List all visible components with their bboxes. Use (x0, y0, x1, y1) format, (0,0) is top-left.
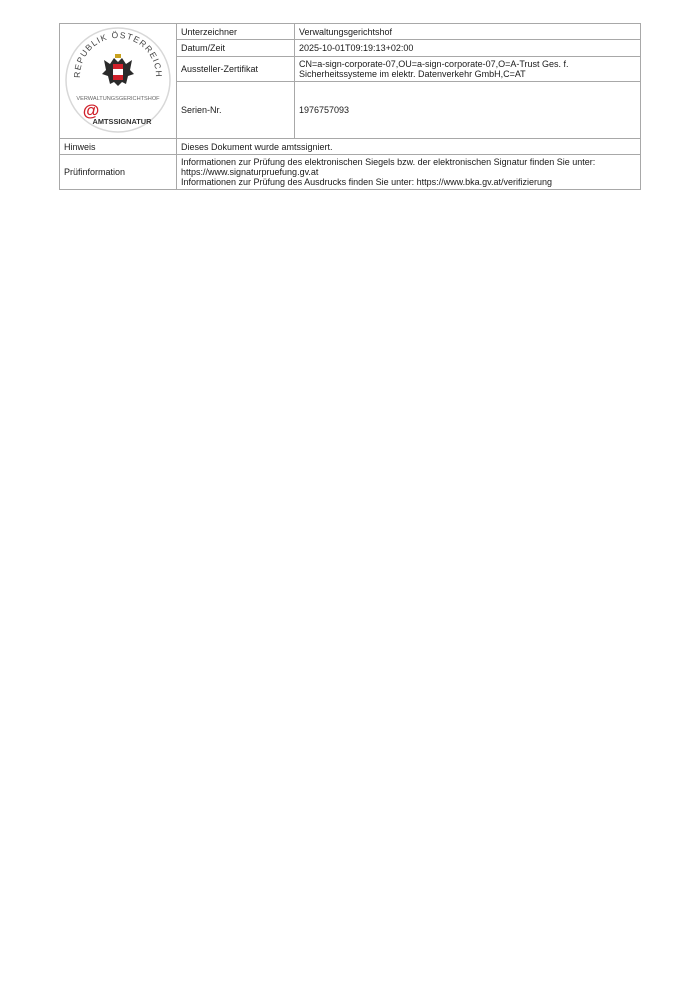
signaturpruefung-link[interactable]: https://www.signaturpruefung.gv.at (181, 167, 636, 177)
info-line: Informationen zur Prüfung des Ausdrucks … (181, 177, 636, 187)
label-datum-zeit: Datum/Zeit (177, 40, 295, 56)
value-hinweis: Dieses Dokument wurde amtssigniert. (177, 139, 641, 155)
label-aussteller-zertifikat: Aussteller-Zertifikat (177, 56, 295, 81)
cert-line: Sicherheitssysteme im elektr. Datenverke… (299, 69, 636, 79)
value-datum-zeit: 2025-10-01T09:19:13+02:00 (295, 40, 641, 56)
signature-block: REPUBLIK ÖSTERREICH VERWALTUNGSGERICHTSH… (59, 23, 641, 190)
value-unterzeichner: Verwaltungsgerichtshof (295, 24, 641, 40)
seal-label: AMTSSIGNATUR (93, 117, 153, 126)
label-unterzeichner: Unterzeichner (177, 24, 295, 40)
value-serien-nr: 1976757093 (295, 82, 641, 139)
seal-cell: REPUBLIK ÖSTERREICH VERWALTUNGSGERICHTSH… (60, 24, 177, 139)
label-pruefinformation: Prüfinformation (60, 155, 177, 190)
label-hinweis: Hinweis (60, 139, 177, 155)
seal-graphic: REPUBLIK ÖSTERREICH VERWALTUNGSGERICHTSH… (64, 24, 172, 138)
info-line: Informationen zur Prüfung des elektronis… (181, 157, 636, 167)
label-serien-nr: Serien-Nr. (177, 82, 295, 139)
value-aussteller-zertifikat: CN=a-sign-corporate-07,OU=a-sign-corpora… (295, 56, 641, 81)
cert-line: CN=a-sign-corporate-07,OU=a-sign-corpora… (299, 59, 636, 69)
value-pruefinformation: Informationen zur Prüfung des elektronis… (177, 155, 641, 190)
amtssignatur-seal: REPUBLIK ÖSTERREICH VERWALTUNGSGERICHTSH… (64, 24, 172, 138)
